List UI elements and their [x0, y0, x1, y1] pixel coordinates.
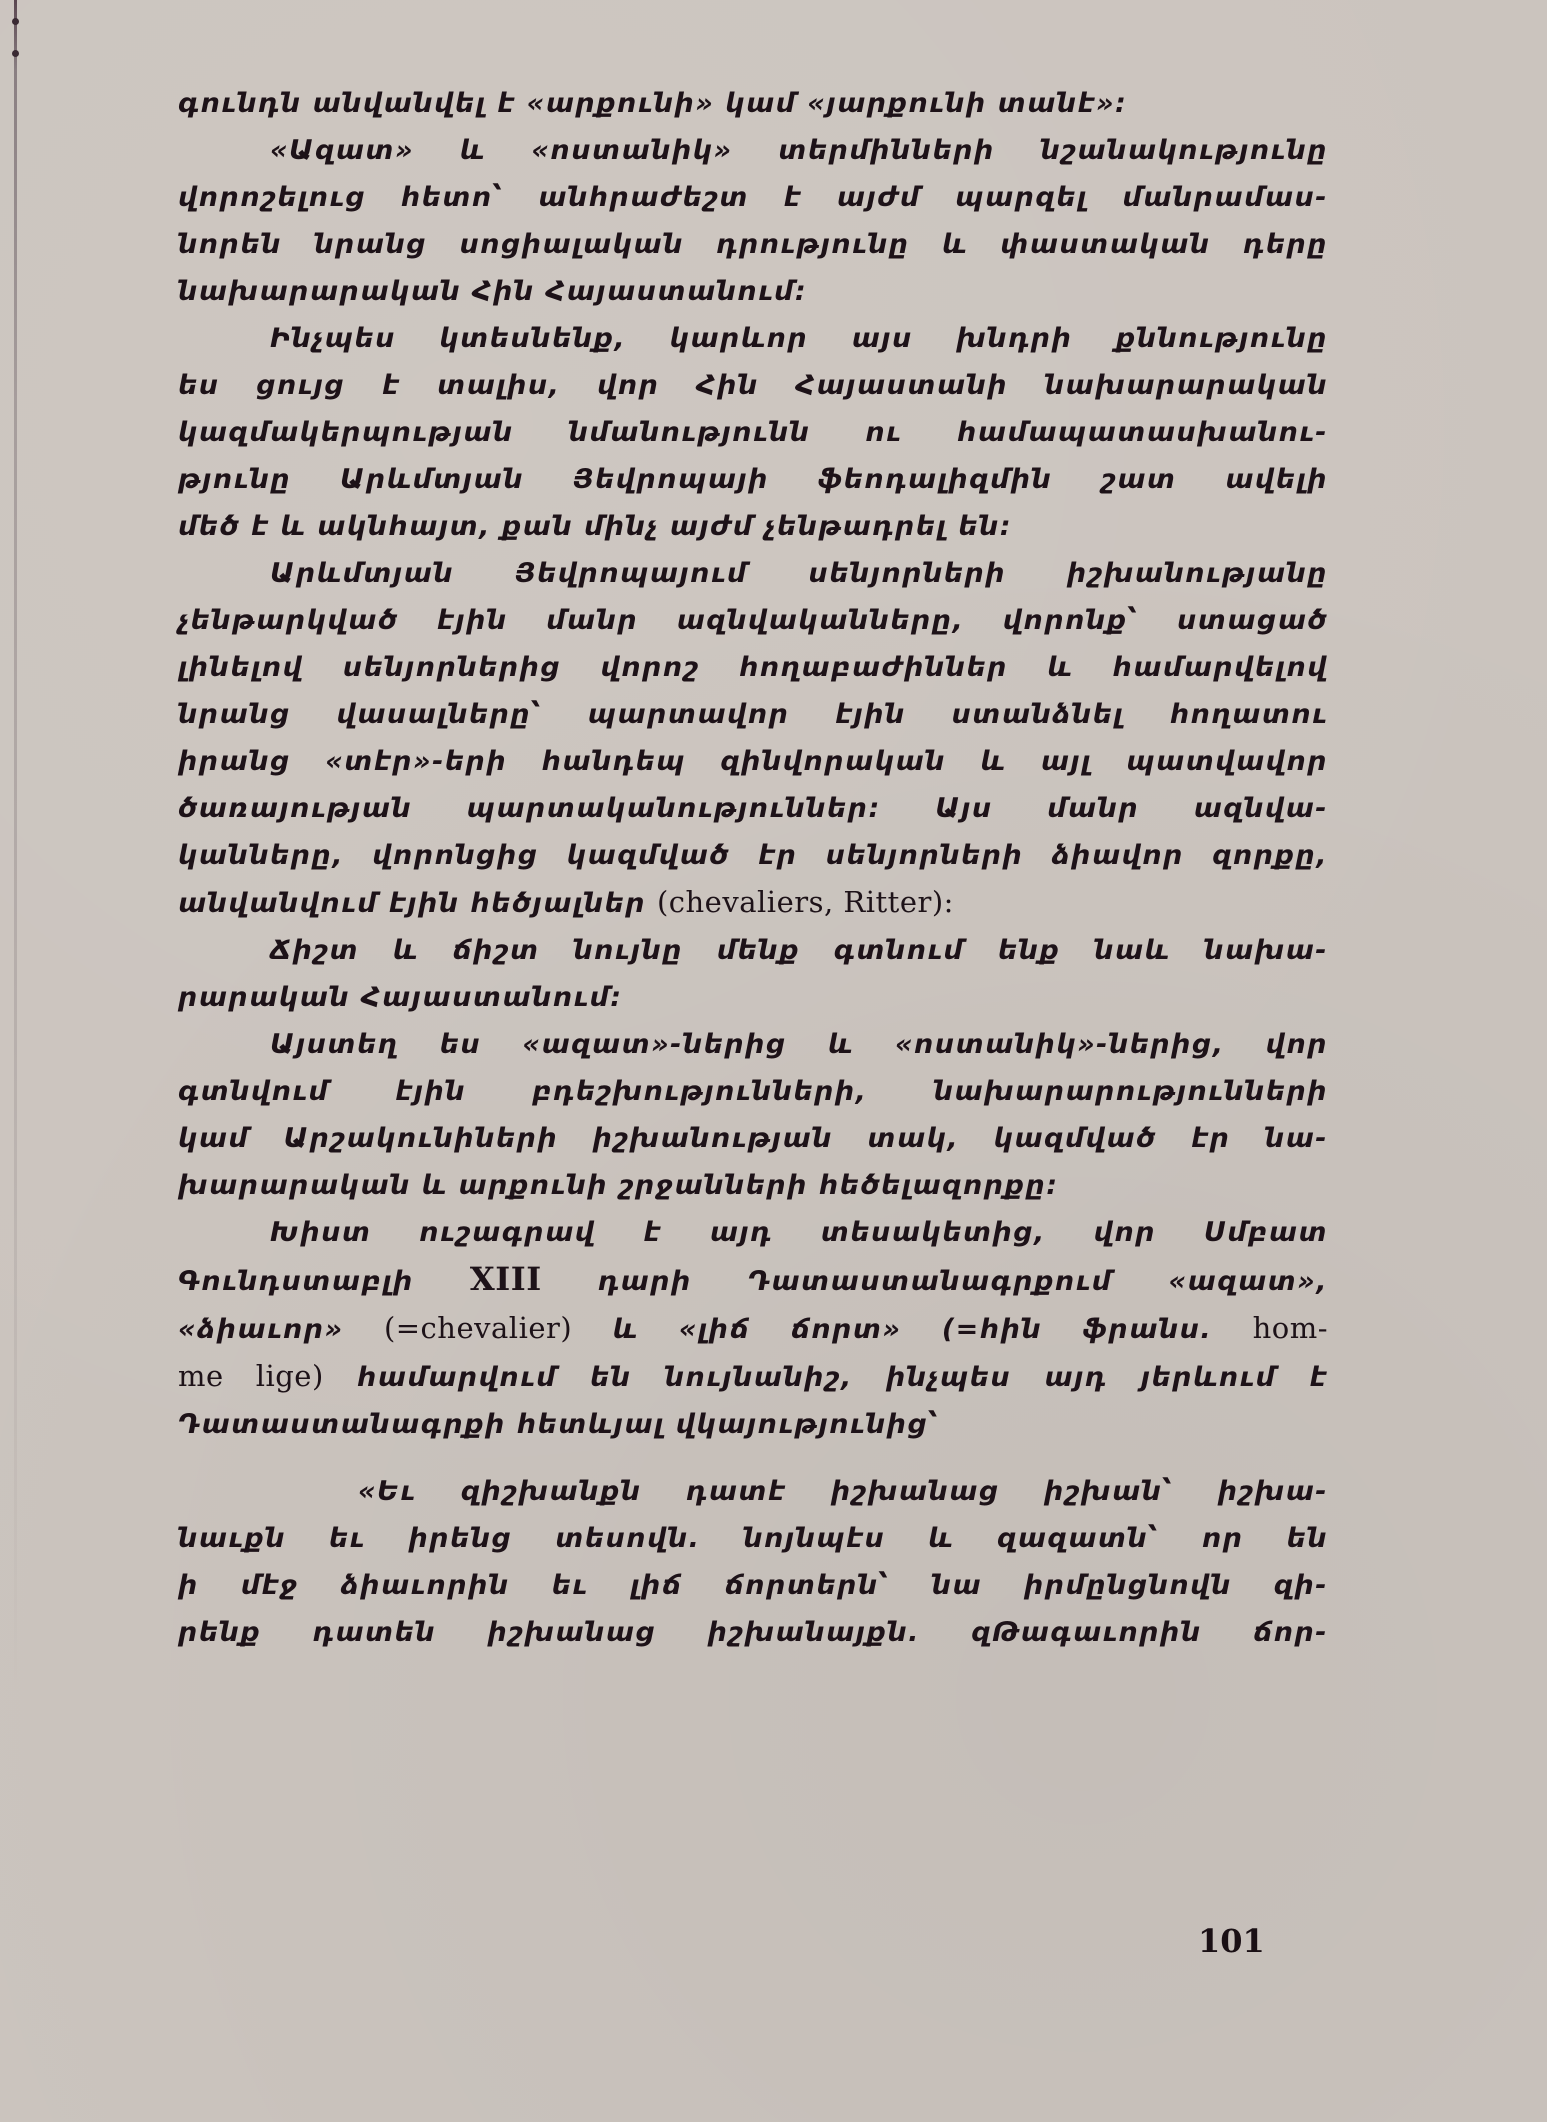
- text-line: րարական Հայաստանում։: [178, 974, 1328, 1021]
- text-line: գտնվում էյին բդեշխությունների, նախարարու…: [178, 1068, 1328, 1115]
- text-line: Այստեղ ես «ազատ»-ներից և «ոստանիկ»-ներից…: [178, 1021, 1328, 1068]
- paragraph-armenia-same: Ճիշտ և ճիշտ նույնը մենք գտնում ենք նաև ն…: [178, 927, 1328, 1021]
- text-fragment: և «լիճ ճորտ»: [613, 1314, 902, 1345]
- text-line: չենթարկված էյին մանր ազնվականները, վորոն…: [178, 597, 1328, 644]
- text-line: անվանվում էյին հեծյալներ (chevaliers, Ri…: [178, 879, 1328, 927]
- text-line: նորեն նրանց սոցիալական դրությունը և փաստ…: [178, 221, 1328, 268]
- text-line: գունդն անվանվել է «արքունի» կամ «յարքուն…: [178, 80, 1328, 127]
- text-line: իրանց «տէր»-երի հանդեպ զինվորական և այլ …: [178, 738, 1328, 785]
- page-body-text: գունդն անվանվել է «արքունի» կամ «յարքուն…: [178, 80, 1328, 1656]
- quote-line: նաւքն եւ իրենց տեսովն. նոյնպէս և զազատն՝…: [178, 1515, 1328, 1562]
- text-line: թյունը Արևմտյան Յեվրոպայի ֆեոդալիզմին շա…: [178, 456, 1328, 503]
- paragraph-feudalism-comparison: Ինչպես կտեսնենք, կարևոր այս խնդրի քննութ…: [178, 315, 1328, 550]
- text-line: կազմակերպության նմանությունն ու համապատա…: [178, 409, 1328, 456]
- latin-term: me lige): [178, 1359, 324, 1393]
- text-line: me lige) համարվում են նույնանիշ, ինչպես …: [178, 1353, 1328, 1401]
- text-line: Խիստ ուշագրավ է այդ տեսակետից, վոր Սմբատ: [178, 1209, 1328, 1256]
- latin-term: (=chevalier): [384, 1311, 572, 1345]
- text-line: նրանց վասալները՝ պարտավոր էյին ստանձնել …: [178, 691, 1328, 738]
- book-gutter-line: [14, 0, 17, 2122]
- quote-line: «Եւ զիշխանքն դատէ իշխանաց իշխան՝ իշխա-: [358, 1468, 1328, 1515]
- quote-line: րենք դատեն իշխանաց իշխանայքն. զԹագաւորին…: [178, 1609, 1328, 1656]
- roman-numeral: XIII: [470, 1260, 542, 1298]
- text-line: «Ազատ» և «ոստանիկ» տերմինների նշանակությ…: [178, 127, 1328, 174]
- block-quotation: «Եւ զիշխանքն դատէ իշխանաց իշխան՝ իշխա-: [178, 1468, 1328, 1515]
- text-line: ծառայության պարտականություններ։ Այս մանր…: [178, 785, 1328, 832]
- text-line: լինելով սենյորներից վորոշ հողաբաժիններ և…: [178, 644, 1328, 691]
- paragraph-azat-ostanik: «Ազատ» և «ոստանիկ» տերմինների նշանակությ…: [178, 127, 1328, 315]
- text-line: խարարական և արքունի շրջանների հեծելազորք…: [178, 1162, 1328, 1209]
- text-line: վորոշելուց հետո՝ անհրաժեշտ է այժմ պարզել…: [178, 174, 1328, 221]
- gutter-mark: [12, 18, 19, 25]
- text-line: նախարարական Հին Հայաստանում։: [178, 268, 1328, 315]
- paragraph-continuation: գունդն անվանվել է «արքունի» կամ «յարքուն…: [178, 80, 1328, 127]
- text-line: ես ցույց է տալիս, վոր Հին Հայաստանի նախա…: [178, 362, 1328, 409]
- text-fragment: (=հին ֆրանս.: [942, 1314, 1212, 1345]
- text-line: Արևմտյան Յեվրոպայում սենյորների իշխանութ…: [178, 550, 1328, 597]
- text-fragment: «ձիաւոր»: [178, 1314, 344, 1345]
- latin-term: (chevaliers, Ritter):: [657, 885, 954, 919]
- text-fragment: Գունդստաբլի: [178, 1266, 414, 1297]
- paragraph-cavalry: Այստեղ ես «ազատ»-ներից և «ոստանիկ»-ներից…: [178, 1021, 1328, 1209]
- text-line: Գունդստաբլի XIII դարի Դատաստանագրքում «ա…: [178, 1256, 1328, 1305]
- text-line: կամ Արշակունիների իշխանության տակ, կազմվ…: [178, 1115, 1328, 1162]
- paragraph-smbat-code: Խիստ ուշագրավ է այդ տեսակետից, վոր Սմբատ…: [178, 1209, 1328, 1448]
- paragraph-western-europe: Արևմտյան Յեվրոպայում սենյորների իշխանութ…: [178, 550, 1328, 927]
- page-number: 101: [1198, 1922, 1265, 1960]
- text-fragment: համարվում են նույնանիշ, ինչպես այդ յերևո…: [357, 1362, 1328, 1393]
- text-line: կանները, վորոնցից կազմված էր սենյորների …: [178, 832, 1328, 879]
- text-fragment: անվանվում էյին հեծյալներ: [178, 888, 646, 919]
- text-line: Ինչպես կտեսնենք, կարևոր այս խնդրի քննութ…: [178, 315, 1328, 362]
- text-fragment: դարի Դատաստանագրքում «ազատ»,: [598, 1266, 1328, 1297]
- text-line: Դատաստանագրքի հետևյալ վկայությունից՝: [178, 1401, 1328, 1448]
- quote-line: ի մէջ ձիաւորին եւ լիճ ճորտերն՝ նա իրմընց…: [178, 1562, 1328, 1609]
- latin-term: hom-: [1253, 1311, 1328, 1345]
- text-line: Ճիշտ և ճիշտ նույնը մենք գտնում ենք նաև ն…: [178, 927, 1328, 974]
- text-line: «ձիաւոր» (=chevalier) և «լիճ ճորտ» (=հին…: [178, 1305, 1328, 1353]
- block-quotation-continuation: նաւքն եւ իրենց տեսովն. նոյնպէս և զազատն՝…: [178, 1515, 1328, 1656]
- gutter-mark: [12, 50, 19, 57]
- text-line: մեծ է և ակնհայտ, քան մինչ այժմ չենթադրել…: [178, 503, 1328, 550]
